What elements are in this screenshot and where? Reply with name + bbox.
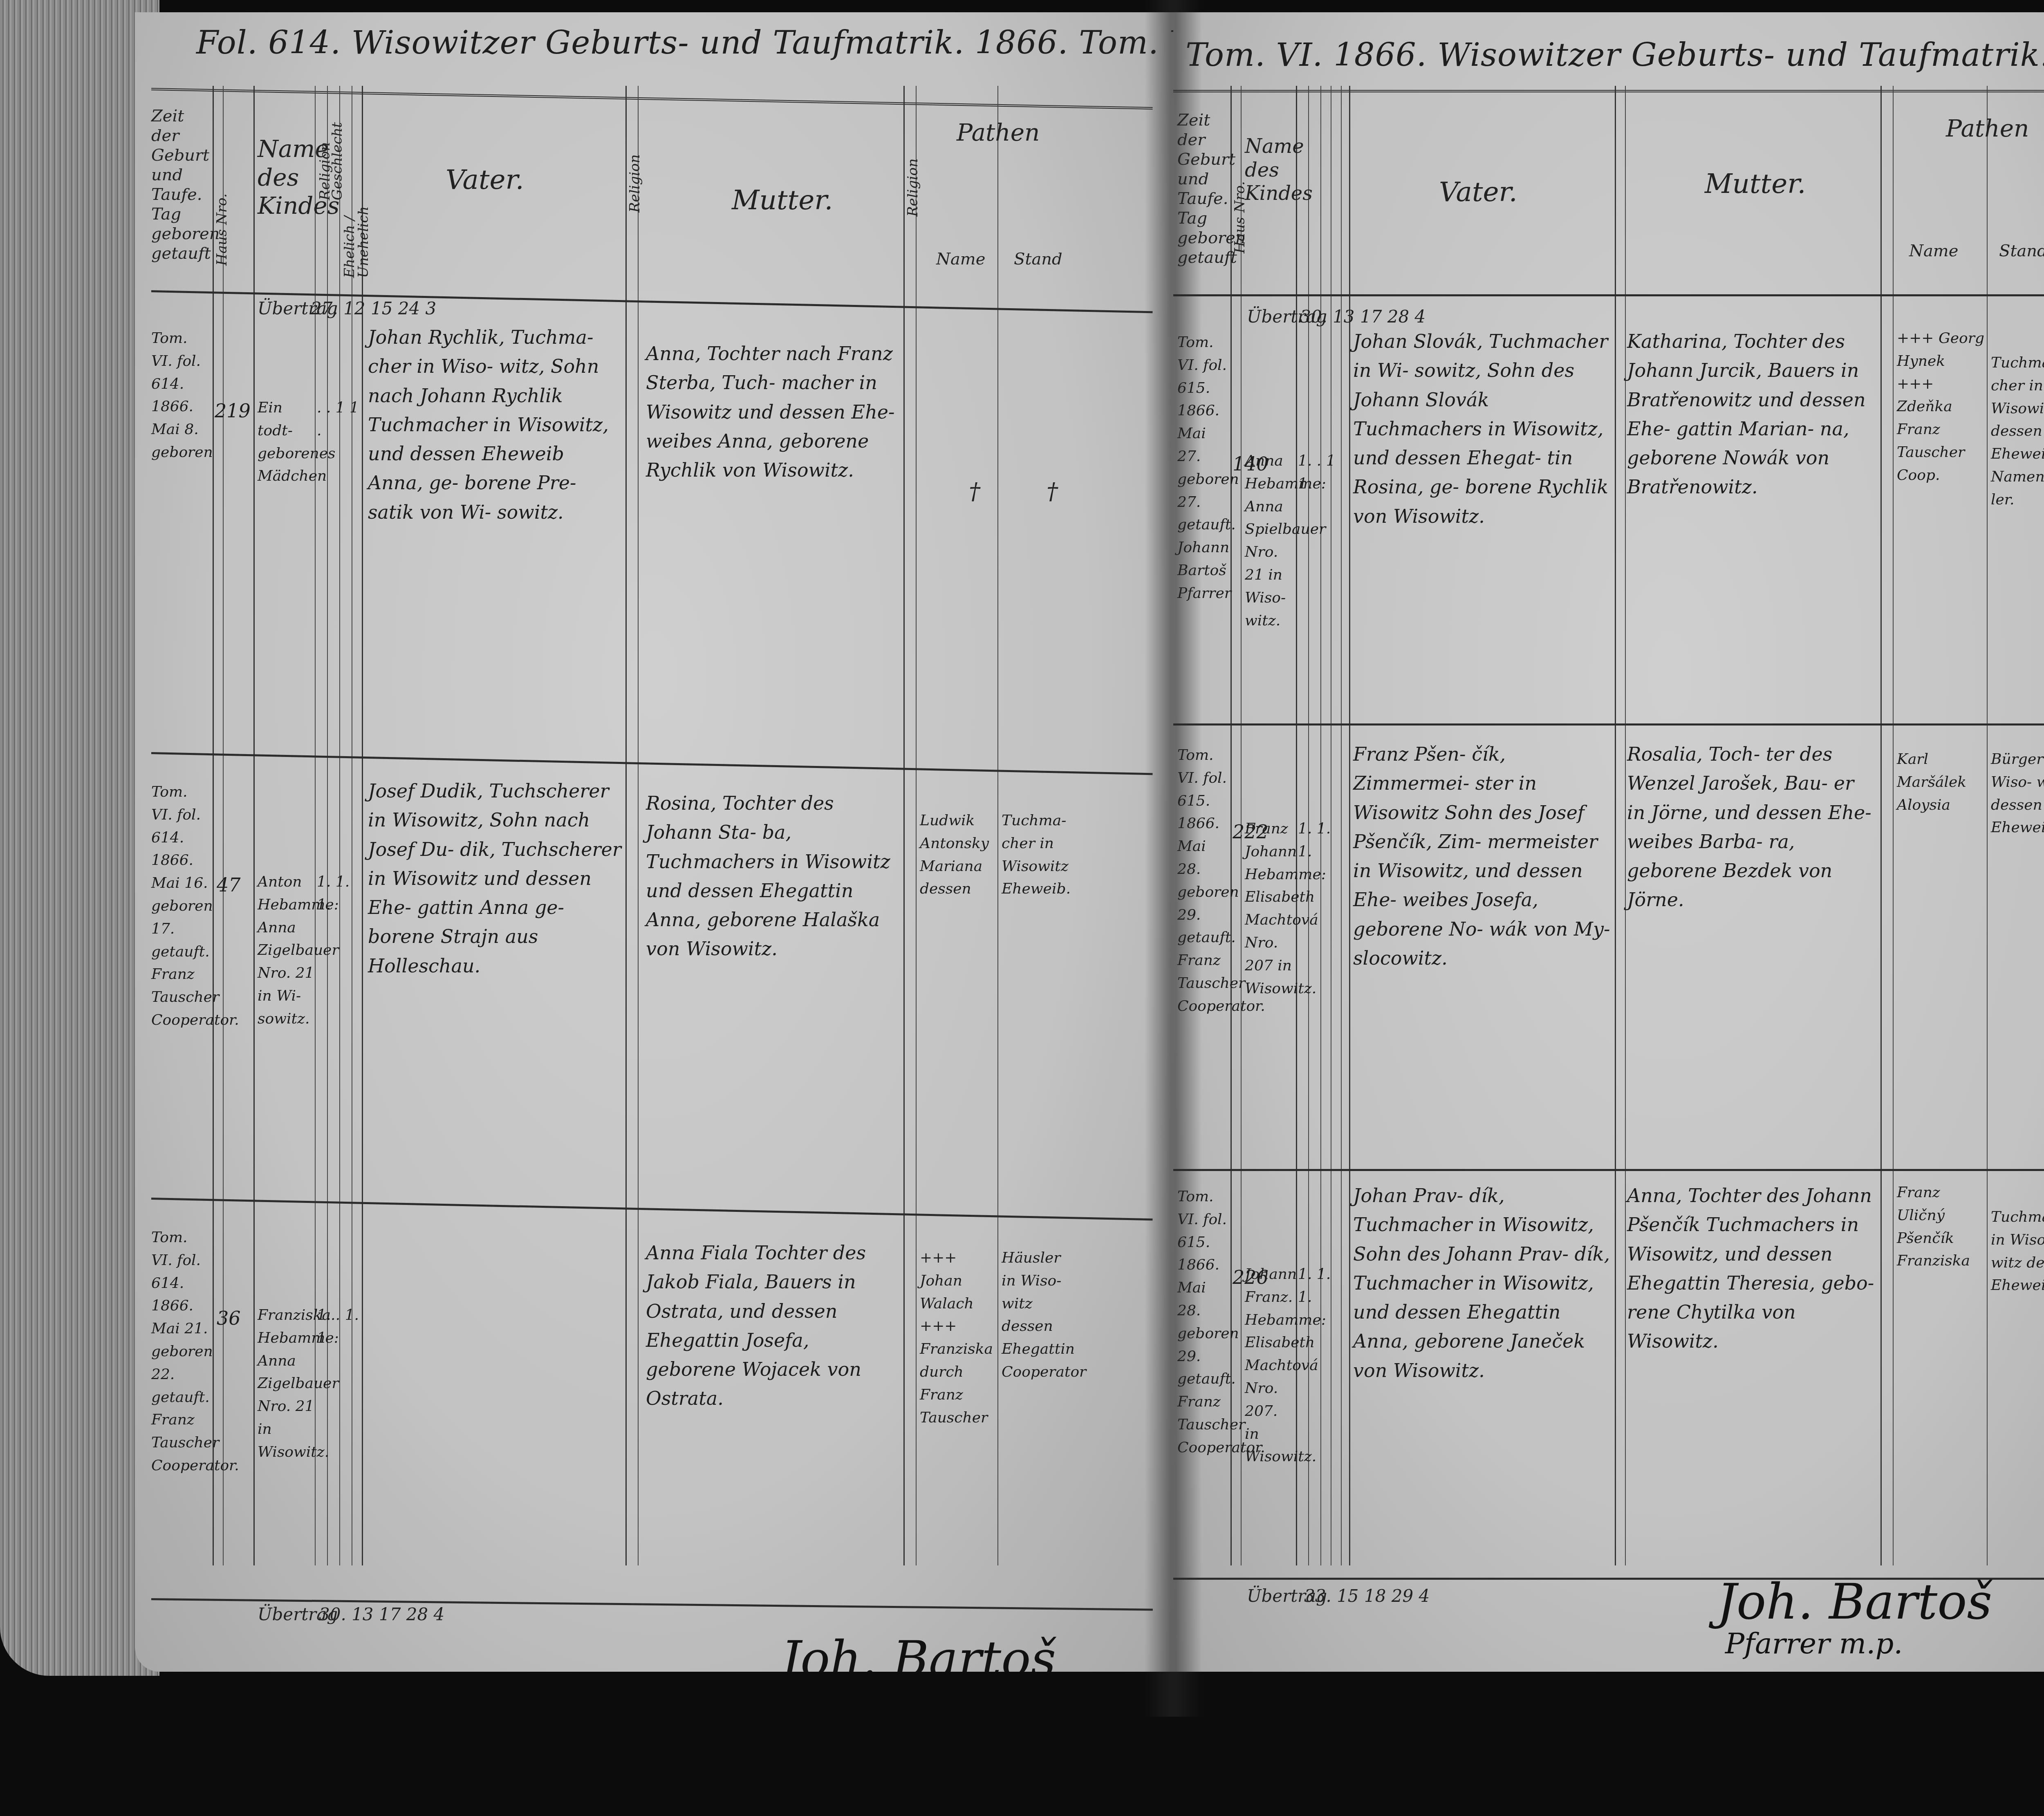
column-header-father: Vater. (446, 163, 524, 196)
entry-marks: 1. . 1 1. (1298, 450, 1347, 495)
carry-over-values: 30. 13 17 28 4 (319, 1604, 444, 1624)
entry-father: Josef Dudik, Tuchscherer in Wisowitz, So… (368, 777, 621, 981)
entry-date: Tom. VI. fol. 615. 1866. Mai 28. geboren… (1177, 1185, 1230, 1459)
column-divider (1880, 86, 1882, 1565)
entry-marks: 1. 1. 1. (317, 871, 362, 916)
column-header-date: Zeit der Geburt und Taufe. Tag geboren g… (151, 106, 213, 263)
entry-house-no: 36 (217, 1304, 241, 1333)
entry-godparent-name: +++ Johan Walach +++ Franziska durch Fra… (920, 1247, 997, 1429)
entry-godparent-status: Tuchma- cher in Wisowitz Eheweib. (1002, 809, 1075, 900)
entry-marks: 1. . 1. 1 (317, 1304, 362, 1350)
entry-mother: Anna, Tochter nach Franz Sterba, Tuch- m… (646, 339, 899, 485)
entry-child-name: Anna Hebamme: Anna Spielbauer Nro. 21 in… (1245, 450, 1296, 632)
carry-over-values: 33. 15 18 29 4 (1304, 1586, 1430, 1606)
entry-marks: 1. 1. 1. (1298, 1263, 1347, 1309)
row-divider (151, 1198, 1153, 1220)
entry-date: Tom. VI. fol. 614. 1866. Mai 8. geboren (151, 327, 213, 464)
entry-mother: Anna, Tochter des Johann Pšenčík Tuchmac… (1627, 1181, 1876, 1356)
entry-godparent-name: Franz Uličný Pšenčík Franziska (1897, 1181, 1985, 1272)
open-register-book: Fol. 614. Wisowitzer Geburts- und Taufma… (0, 0, 2044, 1816)
header-rule (151, 88, 1153, 110)
column-header-godparents: Pathen (957, 119, 1040, 147)
entry-godparent-status: † (1047, 478, 1058, 505)
column-header-godparent-status: Stand (1014, 249, 1062, 269)
column-header-legitimacy: Ehelich / Unehelich (343, 184, 370, 278)
entry-father: Johan Slovák, Tuchmacher in Wi- sowitz, … (1353, 327, 1611, 531)
column-divider (1615, 86, 1616, 1565)
column-header-mother: Mutter. (1705, 168, 1806, 200)
entry-father: Johan Rychlik, Tuchma- cher in Wiso- wit… (368, 323, 621, 527)
entry-child-name: Franziska. Hebamme: Anna Zigelbauer Nro.… (258, 1304, 315, 1464)
column-divider (1987, 86, 1988, 1565)
entry-godparent-name: † (969, 478, 980, 505)
entry-house-no: 219 (215, 396, 251, 425)
entry-mother: Katharina, Tochter des Johann Jurcik, Ba… (1627, 327, 1876, 502)
entry-father: Franz Pšen- čík, Zimmermei- ster in Wiso… (1353, 740, 1611, 973)
column-header-godparent-status: Stand (1999, 241, 2044, 261)
entry-child-name: Franz Johann Hebamme: Elisabeth Machtová… (1245, 817, 1296, 1000)
column-header-child-name: Name des Kindes (258, 135, 315, 220)
entry-godparent-name: Ludwik Antonsky Mariana dessen (920, 809, 997, 900)
entry-godparent-status: Tuchmacher in Wiso- witz dessen Eheweib. (1991, 1206, 2044, 1297)
entry-godparent-name: +++ Georg Hynek +++ Zdeňka Franz Tausche… (1897, 327, 1985, 487)
entry-mother: Rosina, Tochter des Johann Sta- ba, Tuch… (646, 789, 899, 964)
column-header-mother: Mutter. (732, 184, 833, 216)
column-header-father: Vater. (1439, 176, 1517, 208)
column-divider (253, 86, 255, 1565)
column-divider (1230, 86, 1232, 1565)
entry-child-name: Johann Franz. Hebamme: Elisabeth Machtov… (1245, 1263, 1296, 1468)
column-header-godparent-name: Name (936, 249, 985, 269)
column-header-house-no: Haus Nro. (215, 159, 229, 266)
column-header-child-name: Name des Kindes (1245, 135, 1296, 206)
entry-marks: 1. 1. 1. (1298, 817, 1347, 863)
entry-house-no: 47 (217, 871, 241, 900)
priest-signature: Joh. Bartoš (781, 1631, 1056, 1672)
entry-date: Tom. VI. fol. 614. 1866. Mai 16. geboren… (151, 781, 213, 1032)
entry-godparent-status: Häusler in Wiso- witz dessen Ehegattin C… (1002, 1247, 1075, 1384)
column-divider (625, 86, 627, 1565)
left-page: Fol. 614. Wisowitzer Geburts- und Taufma… (135, 12, 1173, 1672)
entry-godparent-status: Tuchma- cher in Wisowitz dessen Eheweib.… (1991, 352, 2044, 511)
priest-title: Pfarrer m.p. (1725, 1627, 1903, 1660)
entry-child-name: Anton Hebamme: Anna Zigelbauer Nro. 21 i… (258, 871, 315, 1030)
entry-mother: Rosalia, Toch- ter des Wenzel Jarošek, B… (1627, 740, 1876, 915)
entry-date: Tom. VI. fol. 615. 1866. Mai 27. geboren… (1177, 331, 1230, 605)
entry-date: Tom. VI. fol. 614. 1866. Mai 21. geboren… (151, 1226, 213, 1477)
entry-father: Johan Prav- dík, Tuchmacher in Wisowitz,… (1353, 1181, 1611, 1385)
priest-signature: Joh. Bartoš (1717, 1574, 1992, 1630)
entry-godparent-status: Bürger in Wiso- witz. dessen Eheweib. (1991, 748, 2044, 839)
header-rule (1173, 90, 2044, 92)
row-divider (151, 752, 1153, 775)
carry-over-values: 27. 12 15 24 3 (311, 298, 436, 318)
column-header-godparents: Pathen (1946, 114, 2029, 143)
entry-godparent-name: Karl Maršálek Aloysia (1897, 748, 1985, 816)
column-divider (638, 86, 639, 1565)
entry-marks: . . 1 1 . (317, 396, 362, 442)
column-header-father-religion: Religion (628, 119, 642, 213)
row-divider (1173, 1169, 2044, 1171)
column-header-mother-religion: Religion (906, 123, 920, 217)
carry-over-values: 30. 13 17 28 4 (1300, 307, 1425, 327)
column-header-date: Zeit der Geburt und Taufe. Tag geboren g… (1177, 110, 1230, 267)
column-header-gender: Geschlecht (330, 106, 344, 200)
right-page-header-title: Tom. VI. 1866. Wisowitzer Geburts- und T… (1186, 37, 2044, 74)
entry-date: Tom. VI. fol. 615. 1866. Mai 28. geboren… (1177, 744, 1230, 1018)
column-divider (223, 86, 224, 1565)
row-divider (1173, 294, 2044, 296)
entry-child-name: Ein todt- geborenes Mädchen (258, 396, 315, 488)
row-divider (1173, 723, 2044, 726)
column-divider (1893, 86, 1894, 1565)
column-divider (1625, 86, 1626, 1565)
right-page: Tom. VI. 1866. Wisowitzer Geburts- und T… (1173, 12, 2044, 1672)
left-page-header-title: Fol. 614. Wisowitzer Geburts- und Taufma… (196, 25, 1173, 61)
entry-mother: Anna Fiala Tochter des Jakob Fiala, Baue… (646, 1238, 899, 1413)
column-header-godparent-name: Name (1909, 241, 1958, 261)
